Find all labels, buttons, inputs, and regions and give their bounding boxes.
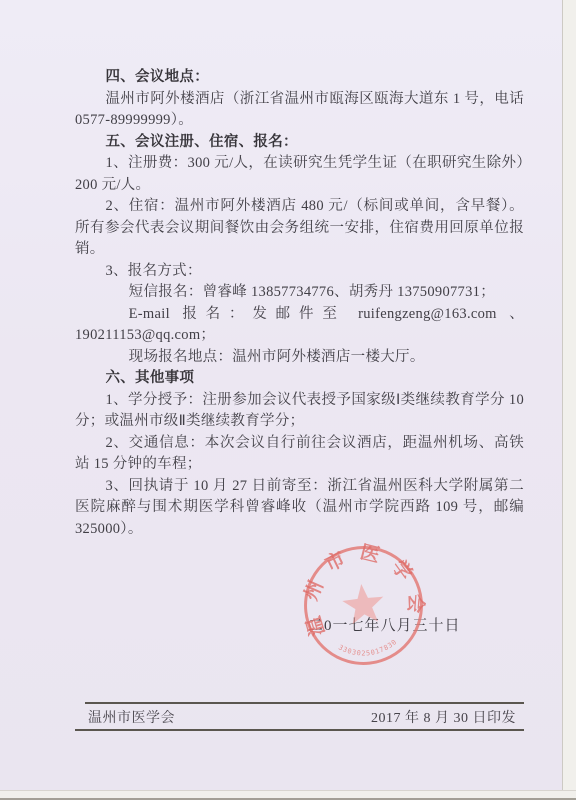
section-registration: 五、会议注册、住宿、报名： 1、注册费：300 元/人，在读研究生凭学生证（在职… bbox=[75, 132, 524, 369]
list-item: 3、回执请于 10 月 27 日前寄至：浙江省温州医科大学附属第二医院麻醉与围术… bbox=[75, 476, 524, 541]
scanner-edge-right bbox=[562, 0, 576, 800]
footer-print-date: 2017 年 8 月 30 日印发 bbox=[371, 707, 516, 727]
sub-item-email: E-mail 报名：发邮件至 ruifengzeng@163.com 、1902… bbox=[75, 304, 524, 347]
list-item: 3、报名方式： bbox=[75, 261, 524, 283]
sub-item-sms: 短信报名：曾睿峰 13857734776、胡秀丹 13750907731； bbox=[75, 282, 524, 304]
section-heading: 四、会议地点： bbox=[75, 67, 524, 89]
document-content: 四、会议地点： 温州市阿外楼酒店（浙江省温州市瓯海区瓯海大道东 1 号，电话 0… bbox=[75, 67, 524, 540]
section-meeting-location: 四、会议地点： 温州市阿外楼酒店（浙江省温州市瓯海区瓯海大道东 1 号，电话 0… bbox=[75, 67, 524, 132]
section-heading: 五、会议注册、住宿、报名： bbox=[75, 132, 524, 154]
list-item: 2、交通信息：本次会议自行前往会议酒店，距温州机场、高铁站 15 分钟的车程； bbox=[75, 433, 524, 476]
official-seal: 温州市医学会 3303025017830 bbox=[301, 543, 426, 668]
footer-rule-bottom bbox=[75, 729, 524, 731]
seal-star-icon bbox=[341, 582, 386, 625]
list-item: 1、注册费：300 元/人，在读研究生凭学生证（在职研究生除外）200 元/人。 bbox=[75, 153, 524, 196]
list-item: 1、学分授予：注册参加会议代表授予国家级Ⅰ类继续教育学分 10 分；或温州市级Ⅱ… bbox=[75, 390, 524, 433]
section-heading: 六、其他事项 bbox=[75, 368, 524, 390]
section-other-matters: 六、其他事项 1、学分授予：注册参加会议代表授予国家级Ⅰ类继续教育学分 10 分… bbox=[75, 368, 524, 540]
scanner-edge-bottom bbox=[0, 790, 576, 800]
footer-row: 温州市医学会 2017 年 8 月 30 日印发 bbox=[75, 704, 524, 729]
paragraph: 温州市阿外楼酒店（浙江省温州市瓯海区瓯海大道东 1 号，电话 0577-8999… bbox=[75, 89, 524, 132]
scan-page: 四、会议地点： 温州市阿外楼酒店（浙江省温州市瓯海区瓯海大道东 1 号，电话 0… bbox=[0, 0, 576, 800]
footer-issuer: 温州市医学会 bbox=[88, 707, 175, 727]
sub-item-onsite: 现场报名地点：温州市阿外楼酒店一楼大厅。 bbox=[75, 347, 524, 369]
list-item: 2、住宿：温州市阿外楼酒店 480 元/（标间或单间，含早餐）。所有参会代表会议… bbox=[75, 196, 524, 261]
footer: 温州市医学会 2017 年 8 月 30 日印发 bbox=[75, 702, 524, 731]
